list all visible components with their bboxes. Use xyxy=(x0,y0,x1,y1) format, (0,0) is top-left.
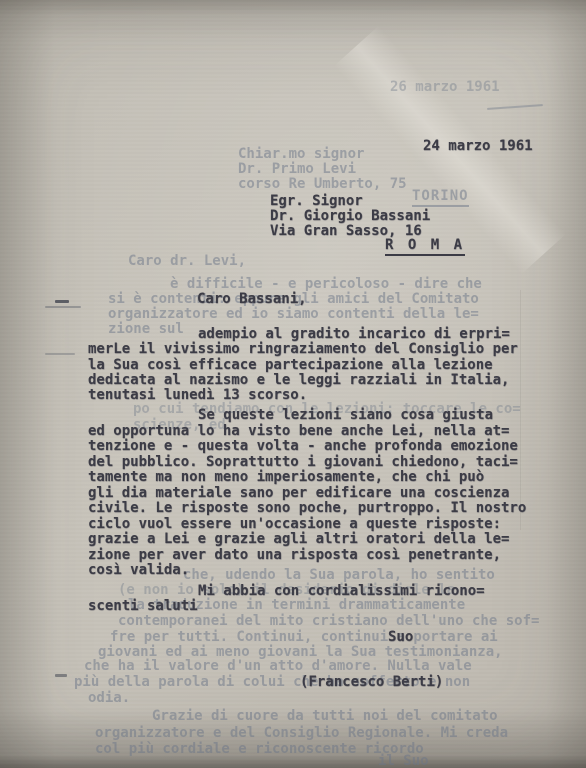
body-line: adempio al gradito incarico di erpri= xyxy=(198,327,510,342)
body-line: dedicata al nazismo e le leggi razziali … xyxy=(88,373,509,388)
body-line: tenutasi lunedì 13 scorso. xyxy=(88,388,307,403)
body-line: del pubblico. Soprattutto i giovani chie… xyxy=(88,455,518,470)
ghost-line: organizzatore e del Consiglio Regionale.… xyxy=(95,726,508,741)
ghost-line: il Suo xyxy=(378,754,429,768)
ghost-recipient-line: Dr. Primo Levi xyxy=(238,162,356,177)
body-line: zione per aver dato una risposta così pe… xyxy=(88,548,501,563)
body-line: ed opportuna lo ha visto bene anche Lei,… xyxy=(88,424,509,439)
recipient-line: Dr. Giorgio Bassani xyxy=(270,209,430,224)
ghost-recipient-city: TORINO xyxy=(412,189,469,207)
ghost-line: che ha il valore d'un atto d'amore. Null… xyxy=(84,659,472,674)
ghost-recipient-line: corso Re Umberto, 75 xyxy=(238,177,407,192)
artifact-dash xyxy=(55,674,67,677)
salutation: Caro Bassani, xyxy=(197,292,307,307)
ghost-line: fre per tutti. Continui, continui a port… xyxy=(110,630,498,645)
letter-paper: 26 marzo 1961 Chiar.mo signor Dr. Primo … xyxy=(0,0,586,768)
ghost-salutation: Caro dr. Levi, xyxy=(128,254,246,269)
letter-date: 24 marzo 1961 xyxy=(423,139,533,154)
body-line: merLe il vivissimo ringraziamento del Co… xyxy=(88,342,518,357)
closing-line: scenti saluti xyxy=(88,599,198,614)
closing-line: Mi abbia con cordialissimi ricono= xyxy=(198,584,485,599)
body-line: civile. Le risposte sono poche, purtropp… xyxy=(88,501,526,516)
artifact-scribble xyxy=(487,104,543,110)
ghost-line: contemporanei del mito cristiano dell'un… xyxy=(118,614,539,629)
ghost-line: organizzatore ed io siamo contenti della… xyxy=(108,307,479,322)
body-line: tamente ma non meno imperiosamente, che … xyxy=(88,470,484,485)
body-line: tenzione e - questa volta - anche profon… xyxy=(88,439,518,454)
ghost-line: che, udendo la Sua parola, ho sentito xyxy=(183,568,495,583)
artifact-dash xyxy=(45,353,75,355)
recipient-line: Egr. Signor xyxy=(270,194,363,209)
body-line: gli dia materiale sano per edificare una… xyxy=(88,486,509,501)
artifact-dash xyxy=(55,300,69,303)
artifact-dash xyxy=(45,306,81,308)
ghost-recipient-line: Chiar.mo signor xyxy=(238,147,364,162)
body-line: la Sua così efficace partecipazione alla… xyxy=(88,358,493,373)
ghost-line: zione sul xyxy=(108,322,184,337)
ghost-line: col più cordiale e riconoscente ricordo xyxy=(95,742,424,757)
body-line: ciclo vuol essere un'occasione a queste … xyxy=(88,517,501,532)
ghost-line: è difficile - e pericoloso - dire che xyxy=(170,277,482,292)
recipient-city: R O M A xyxy=(385,238,465,256)
ghost-line: Grazie di cuore da tutti noi del comitat… xyxy=(152,709,498,724)
body-line: così valida. xyxy=(88,563,189,578)
ghost-line: odia. xyxy=(88,691,130,706)
valediction: Suo xyxy=(388,630,413,645)
ghost-date: 26 marzo 1961 xyxy=(390,80,500,95)
body-line: Se queste lezioni siano cosa giusta xyxy=(198,408,493,423)
signature: (Francesco Berti) xyxy=(300,675,443,690)
body-line: grazie a Lei e grazie agli altri oratori… xyxy=(88,532,509,547)
